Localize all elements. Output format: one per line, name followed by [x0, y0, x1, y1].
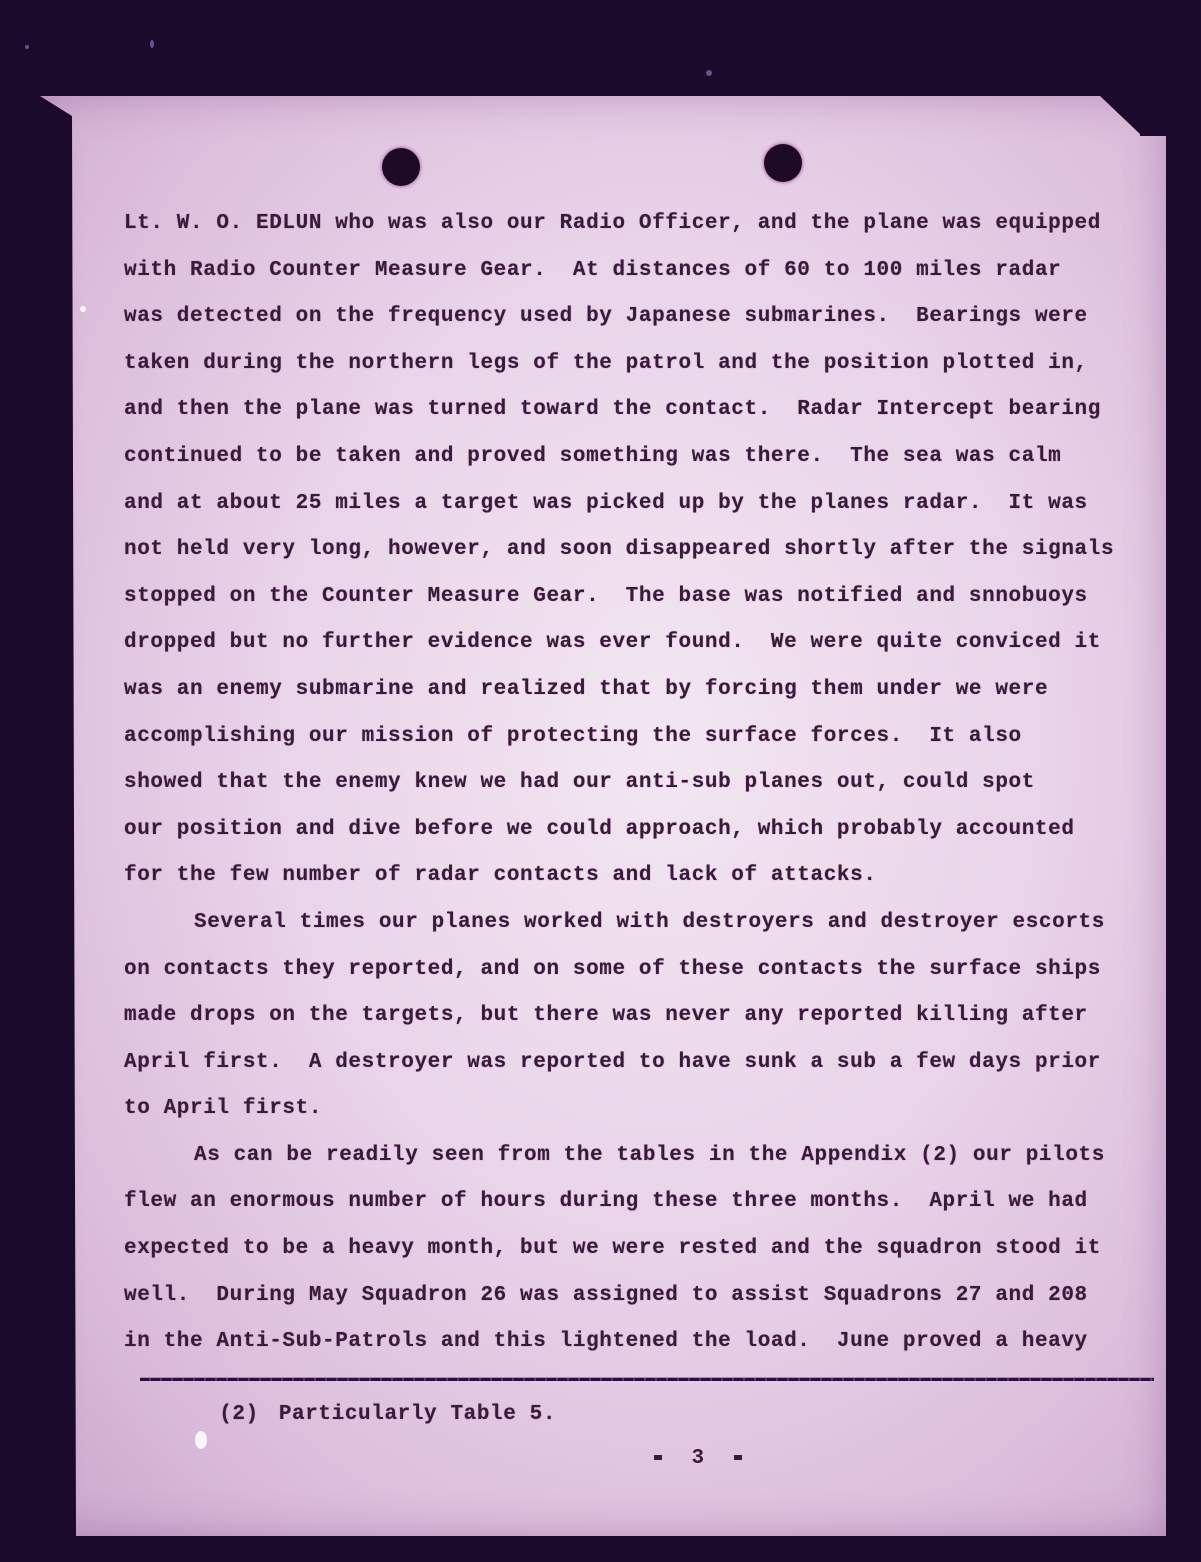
paragraph: As can be readily seen from the tables i… — [124, 1133, 1154, 1366]
text-line: showed that the enemy knew we had our an… — [124, 760, 1154, 807]
text-line: on contacts they reported, and on some o… — [124, 947, 1154, 994]
punch-hole — [382, 148, 420, 186]
text-line: accomplishing our mission of protecting … — [124, 714, 1154, 761]
footnote-marker: (2) — [219, 1403, 259, 1426]
film-speck — [706, 70, 712, 76]
page-number-dash — [734, 1455, 742, 1460]
text-line: and then the plane was turned toward the… — [124, 387, 1154, 434]
document-body: Lt. W. O. EDLUN who was also our Radio O… — [124, 201, 1154, 1366]
footnote-text: Particularly Table 5. — [279, 1403, 556, 1426]
text-line: well. During May Squadron 26 was assigne… — [124, 1273, 1154, 1320]
text-line: and at about 25 miles a target was picke… — [124, 481, 1154, 528]
text-line: flew an enormous number of hours during … — [124, 1179, 1154, 1226]
text-line: As can be readily seen from the tables i… — [124, 1133, 1154, 1180]
page-number-value: 3 — [692, 1447, 705, 1470]
text-line: was an enemy submarine and realized that… — [124, 667, 1154, 714]
punch-hole — [764, 144, 802, 182]
text-line: dropped but no further evidence was ever… — [124, 620, 1154, 667]
page-number-dash — [654, 1455, 662, 1460]
text-line: was detected on the frequency used by Ja… — [124, 294, 1154, 341]
document-page: Lt. W. O. EDLUN who was also our Radio O… — [40, 96, 1166, 1536]
paragraph: Several times our planes worked with des… — [124, 900, 1154, 1133]
text-line: made drops on the targets, but there was… — [124, 993, 1154, 1040]
text-line: continued to be taken and proved somethi… — [124, 434, 1154, 481]
text-line: April first. A destroyer was reported to… — [124, 1040, 1154, 1087]
film-speck — [150, 40, 154, 48]
text-line: with Radio Counter Measure Gear. At dist… — [124, 248, 1154, 295]
text-line: expected to be a heavy month, but we wer… — [124, 1226, 1154, 1273]
text-line: Several times our planes worked with des… — [124, 900, 1154, 947]
page-number: 3 — [40, 1424, 1201, 1493]
text-line: taken during the northern legs of the pa… — [124, 341, 1154, 388]
text-line: to April first. — [124, 1086, 1154, 1133]
text-line: not held very long, however, and soon di… — [124, 527, 1154, 574]
film-blemish — [80, 306, 86, 312]
text-line: for the few number of radar contacts and… — [124, 853, 1154, 900]
paragraph: Lt. W. O. EDLUN who was also our Radio O… — [124, 201, 1154, 900]
text-line: Lt. W. O. EDLUN who was also our Radio O… — [124, 201, 1154, 248]
text-line: in the Anti-Sub-Patrols and this lighten… — [124, 1319, 1154, 1366]
text-line: stopped on the Counter Measure Gear. The… — [124, 574, 1154, 621]
film-speck — [25, 45, 29, 49]
text-line: our position and dive before we could ap… — [124, 807, 1154, 854]
